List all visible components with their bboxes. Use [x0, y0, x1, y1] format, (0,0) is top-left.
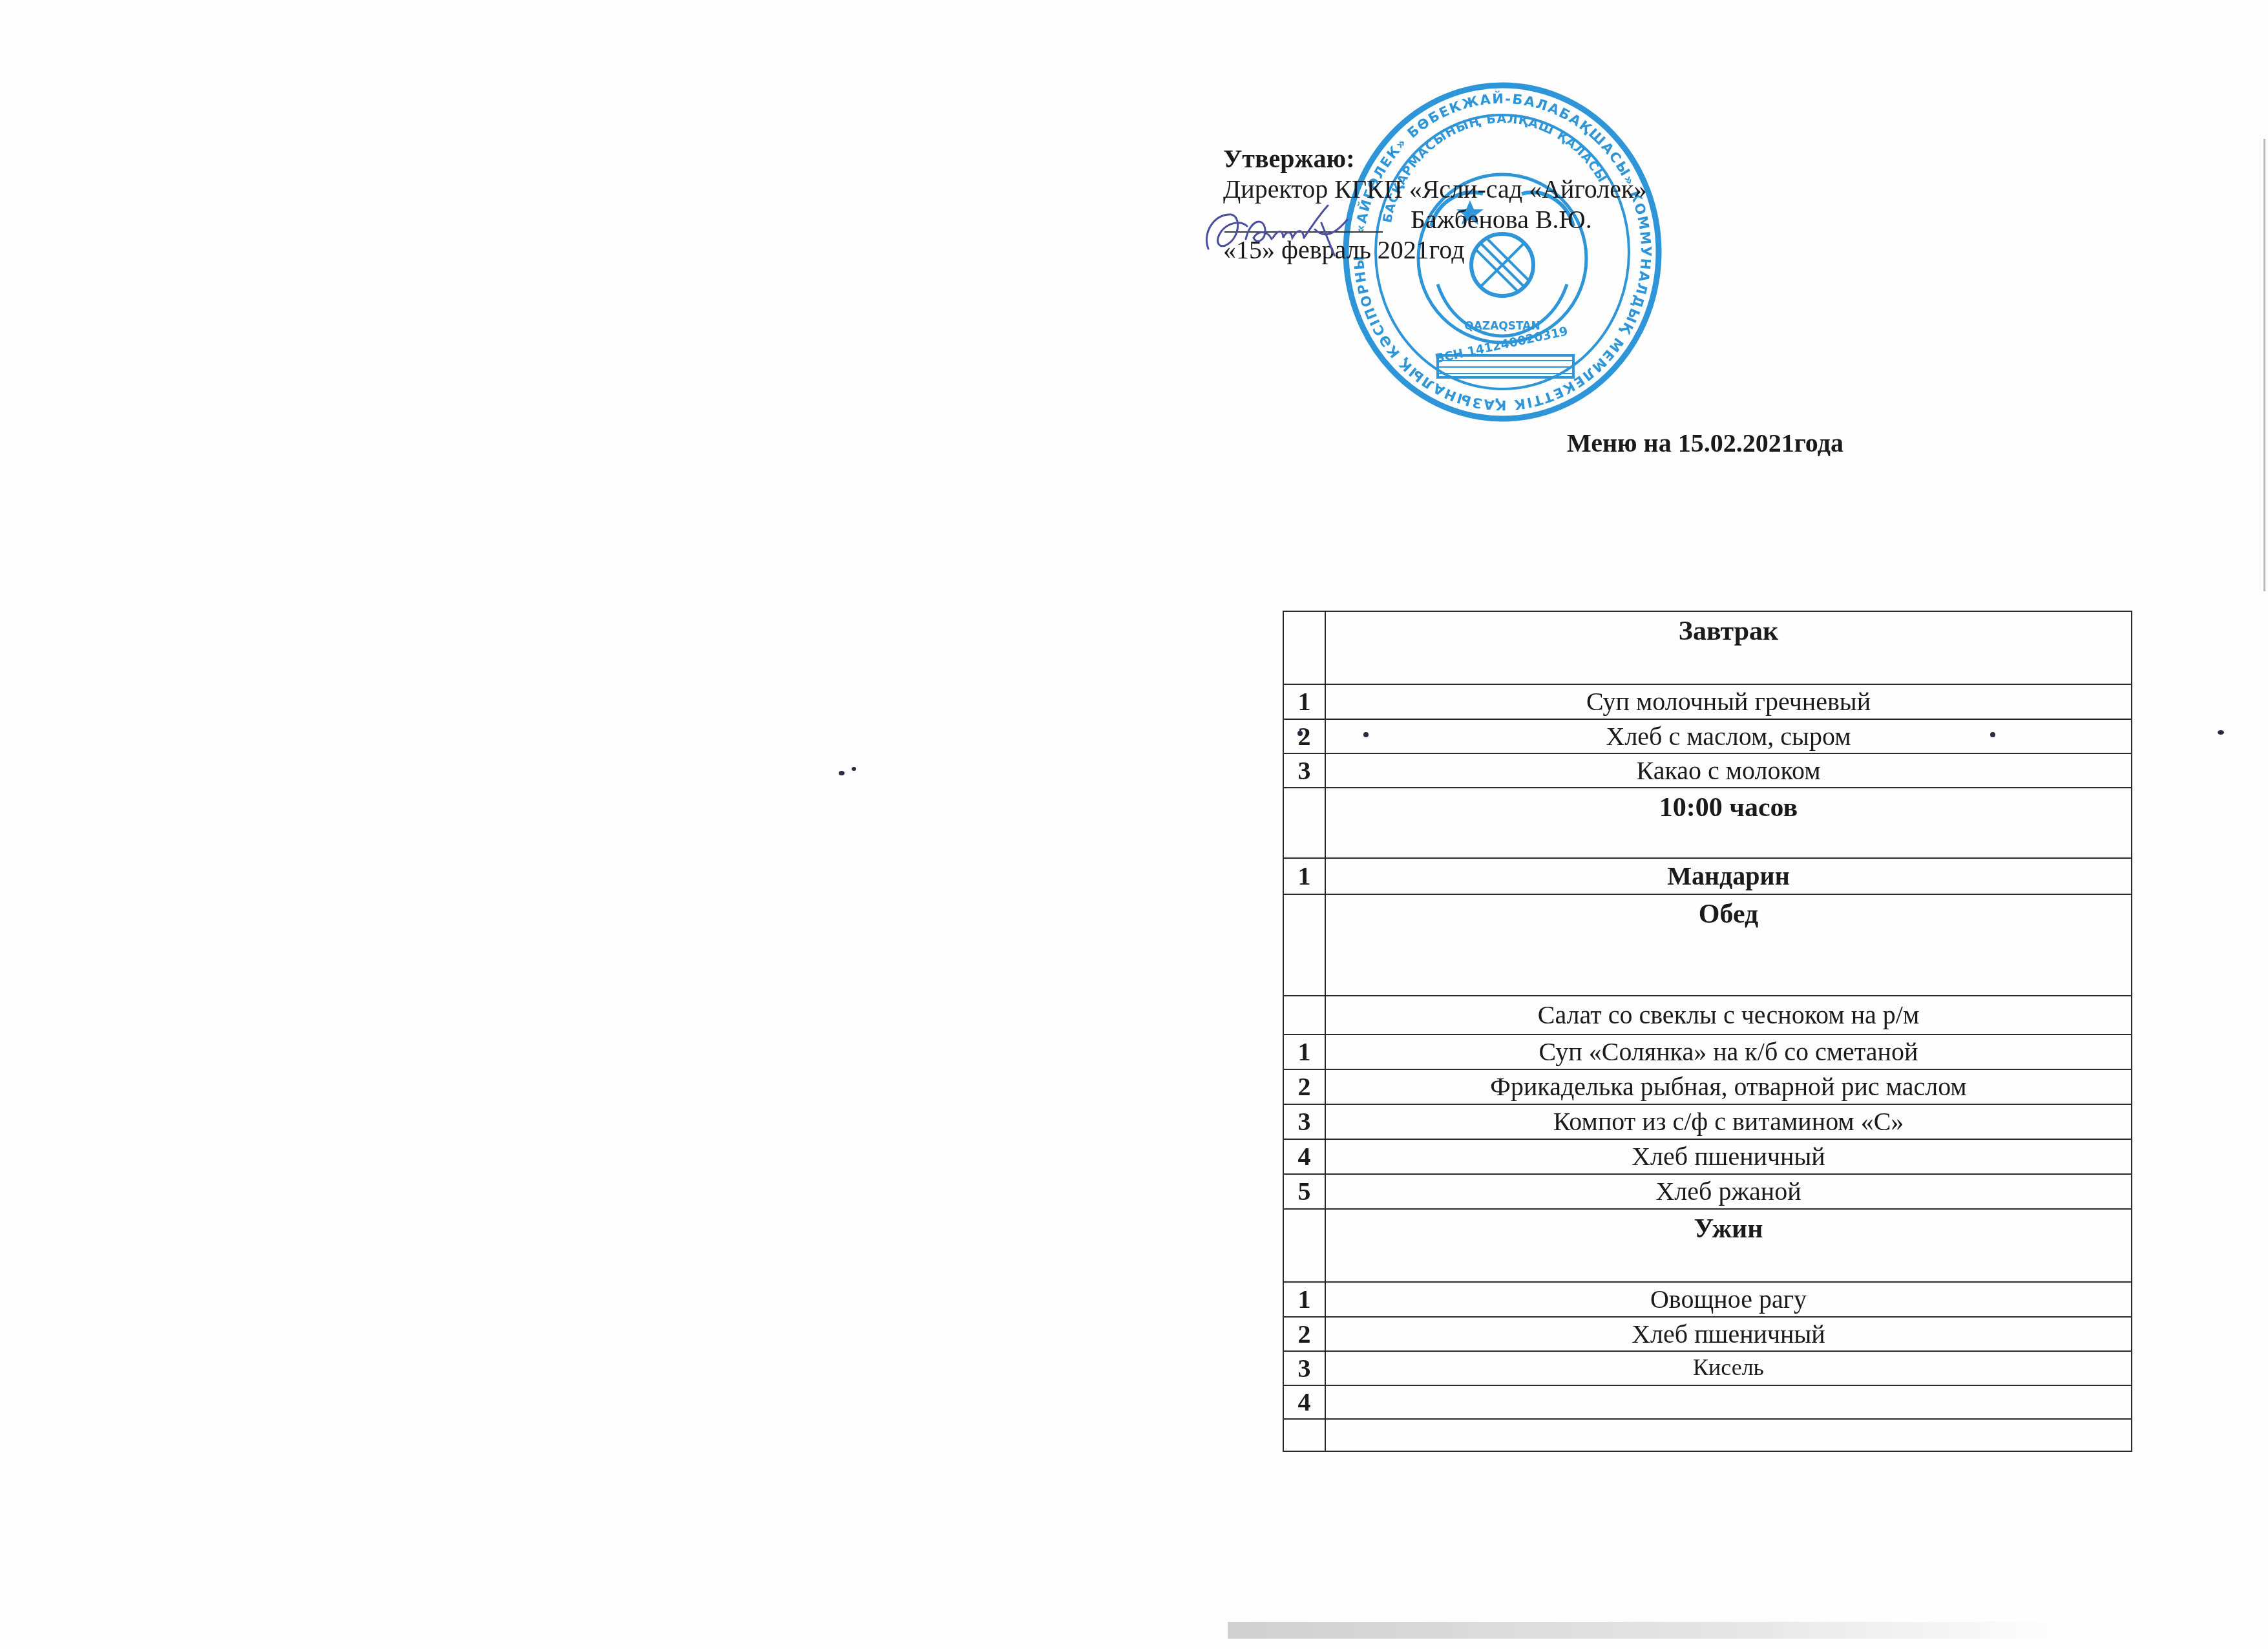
dish-name: Компот из с/ф с витамином «С»	[1325, 1104, 2132, 1139]
director-position: Директор КГКП «Ясли-сад «Айголек»	[1223, 174, 1646, 204]
dish-name: Хлеб ржаной	[1325, 1174, 2132, 1209]
dish-name: Суп «Солянка» на к/б со сметаной	[1325, 1035, 2132, 1069]
menu-item-row: 2Хлеб пшеничный	[1283, 1317, 2132, 1351]
menu-item-row: 3Кисель	[1283, 1351, 2132, 1385]
item-number: 4	[1283, 1385, 1325, 1419]
speck	[839, 771, 845, 775]
meal-section-title: Обед	[1325, 894, 2132, 996]
menu-item-row: 4Хлеб пшеничный	[1283, 1139, 2132, 1174]
dish-name: Салат со свеклы с чесноком на р/м	[1325, 996, 2132, 1035]
menu-section-row: Завтрак	[1283, 611, 2132, 684]
dish-name: Кисель	[1325, 1351, 2132, 1385]
speck	[1363, 732, 1369, 737]
menu-item-row: 1Суп молочный гречневый	[1283, 684, 2132, 719]
menu-section-row: Обед	[1283, 894, 2132, 996]
signature-icon	[1202, 200, 1357, 258]
item-number: 4	[1283, 1139, 1325, 1174]
item-number	[1283, 996, 1325, 1035]
meal-section-title: Ужин	[1325, 1209, 2132, 1282]
item-number	[1283, 611, 1325, 684]
dish-name	[1325, 1419, 2132, 1451]
dish-name: Овощное рагу	[1325, 1282, 2132, 1317]
menu-item-row: 4	[1283, 1385, 2132, 1419]
menu-item-row: 1Суп «Солянка» на к/б со сметаной	[1283, 1035, 2132, 1069]
meal-section-title: Завтрак	[1325, 611, 2132, 684]
menu-section-row: 10:00 часов	[1283, 788, 2132, 858]
item-number: 1	[1283, 684, 1325, 719]
dish-name: Хлеб с маслом, сыром	[1325, 719, 2132, 753]
item-number: 3	[1283, 753, 1325, 788]
paper-edge	[2263, 139, 2265, 591]
approve-label: Утвержаю:	[1223, 143, 1646, 174]
dish-name: Суп молочный гречневый	[1325, 684, 2132, 719]
item-number: 2	[1283, 1317, 1325, 1351]
menu-item-row: 1Мандарин	[1283, 858, 2132, 894]
menu-item-row: 2Фрикаделька рыбная, отварной рис маслом	[1283, 1069, 2132, 1104]
menu-table: Завтрак1Суп молочный гречневый2Хлеб с ма…	[1283, 611, 2132, 1452]
dish-name: Какао с молоком	[1325, 753, 2132, 788]
item-number: 3	[1283, 1104, 1325, 1139]
item-number	[1283, 1209, 1325, 1282]
item-number	[1283, 894, 1325, 996]
dish-name	[1325, 1385, 2132, 1419]
item-number: 2	[1283, 719, 1325, 753]
item-number	[1283, 1419, 1325, 1451]
item-number	[1283, 788, 1325, 858]
menu-item-row: 3Компот из с/ф с витамином «С»	[1283, 1104, 2132, 1139]
scan-shadow	[1228, 1622, 2068, 1639]
speck	[852, 767, 856, 771]
item-number: 1	[1283, 1282, 1325, 1317]
menu-item-row	[1283, 1419, 2132, 1451]
speck	[1990, 732, 1995, 737]
meal-section-title: 10:00 часов	[1325, 788, 2132, 858]
item-number: 3	[1283, 1351, 1325, 1385]
menu-item-row: 2Хлеб с маслом, сыром	[1283, 719, 2132, 753]
menu-section-row: Ужин	[1283, 1209, 2132, 1282]
item-number: 2	[1283, 1069, 1325, 1104]
scanned-page: «АЙГӨЛЕК» БӨБЕКЖАЙ-БАЛАБАҚШАСЫ» КОММУНАЛ…	[0, 0, 2268, 1649]
menu-item-row: 1Овощное рагу	[1283, 1282, 2132, 1317]
director-name: Бажбенова В.Ю.	[1411, 204, 1592, 235]
dish-name: Хлеб пшеничный	[1325, 1317, 2132, 1351]
speck	[1297, 731, 1303, 736]
menu-item-row: Салат со свеклы с чесноком на р/м	[1283, 996, 2132, 1035]
item-number: 1	[1283, 858, 1325, 894]
dish-name: Мандарин	[1325, 858, 2132, 894]
item-number: 1	[1283, 1035, 1325, 1069]
menu-item-row: 5Хлеб ржаной	[1283, 1174, 2132, 1209]
speck	[2218, 730, 2224, 735]
dish-name: Фрикаделька рыбная, отварной рис маслом	[1325, 1069, 2132, 1104]
svg-text:QAZAQSTAN: QAZAQSTAN	[1464, 320, 1540, 333]
dish-name: Хлеб пшеничный	[1325, 1139, 2132, 1174]
item-number: 5	[1283, 1174, 1325, 1209]
menu-item-row: 3Какао с молоком	[1283, 753, 2132, 788]
